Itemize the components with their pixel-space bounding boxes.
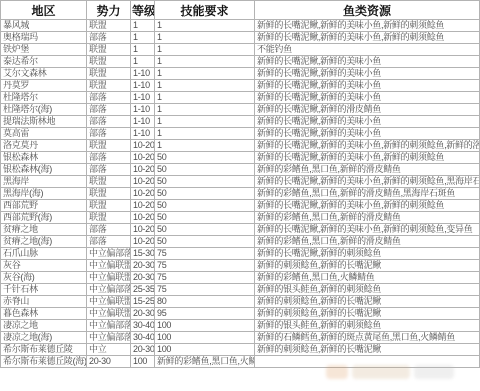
cell-skill: 75 — [155, 284, 255, 296]
cell-level: 10-20 — [131, 224, 155, 236]
cell-region: 灰谷(海) — [1, 272, 87, 284]
cell-fish: 新鲜的长嘴泥鳅,新鲜的美味小鱼,新鲜的刺须鲶鱼 — [255, 20, 480, 32]
cell-fish: 新鲜的长嘴泥鳅,新鲜的美味小鱼,新鲜的刺须鲶鱼 — [255, 200, 480, 212]
cell-fish: 新鲜的长嘴泥鳅,新鲜的美味小鱼 — [255, 68, 480, 80]
cell-faction: 联盟 — [87, 200, 131, 212]
cell-fish: 新鲜的银头鲑鱼,新鲜的刺须鲶鱼 — [255, 284, 480, 296]
cell-region: 希尔斯布莱德丘陵 — [1, 344, 87, 356]
cell-faction: 部落 — [87, 236, 131, 248]
cell-level: 10-20 — [131, 152, 155, 164]
table-row: 黑海岸(海)联盟10-2050新鲜的彩鳍鱼,黑口鱼,新鲜的滑皮鲭鱼,黑海岸石斑鱼 — [1, 188, 480, 200]
cell-level: 30-40 — [131, 320, 155, 332]
table-row: 洛克莫丹联盟10-201新鲜的长嘴泥鳅,新鲜的美味小鱼,新鲜的刺须鲶鱼,新鲜的洛… — [1, 140, 480, 152]
cell-skill: 50 — [155, 224, 255, 236]
cell-level: 25-35 — [131, 284, 155, 296]
cell-skill: 75 — [155, 260, 255, 272]
table-row: 希尔斯布莱德丘陵(海)中立20-30100新鲜的彩鳍鱼,黑口鱼,火鳞鲭鱼 — [1, 356, 480, 368]
cell-fish: 新鲜的刺须鲶鱼,新鲜的长嘴泥鳅 — [255, 260, 480, 272]
cell-fish: 新鲜的刺须鲶鱼,新鲜的长嘴泥鳅 — [255, 296, 480, 308]
cell-faction: 部落 — [87, 104, 131, 116]
table-row: 银松森林(海)部落10-2050新鲜的彩鳍鱼,黑口鱼,新鲜的滑皮鲭鱼 — [1, 164, 480, 176]
cell-region: 莫高雷 — [1, 128, 87, 140]
cell-skill: 75 — [155, 272, 255, 284]
cell-faction: 中立偏联盟 — [87, 272, 131, 284]
cell-skill: 1 — [155, 20, 255, 32]
cell-faction: 部落 — [87, 164, 131, 176]
cell-skill: 1 — [155, 80, 255, 92]
cell-region: 凄凉之地 — [1, 320, 87, 332]
cell-fish: 新鲜的长嘴泥鳅,新鲜的美味小鱼,新鲜的刺须鲶鱼 — [255, 32, 480, 44]
cell-skill: 50 — [155, 176, 255, 188]
cell-fish: 新鲜的彩鳍鱼,黑口鱼,新鲜的滑皮鲭鱼 — [255, 164, 480, 176]
table-row: 丹莫罗联盟1-101新鲜的长嘴泥鳅,新鲜的美味小鱼 — [1, 80, 480, 92]
cell-faction: 部落 — [87, 224, 131, 236]
cell-fish: 新鲜的长嘴泥鳅,新鲜的美味小鱼 — [255, 56, 480, 68]
cell-fish: 新鲜的长嘴泥鳅,新鲜的滑皮鲭鱼 — [255, 104, 480, 116]
cell-faction: 20-30 — [87, 356, 131, 368]
cell-skill: 1 — [155, 44, 255, 56]
table-row: 铁炉堡联盟11不能钓鱼 — [1, 44, 480, 56]
cell-region: 奥格瑞玛 — [1, 32, 87, 44]
table-row: 暴风城联盟11新鲜的长嘴泥鳅,新鲜的美味小鱼,新鲜的刺须鲶鱼 — [1, 20, 480, 32]
cell-region: 杜隆塔尔(海) — [1, 104, 87, 116]
cell-skill: 50 — [155, 236, 255, 248]
cell-faction: 部落 — [87, 128, 131, 140]
cell-level: 1 — [131, 32, 155, 44]
table-row: 莫高雷部落1-101新鲜的长嘴泥鳅,新鲜的美味小鱼 — [1, 128, 480, 140]
cell-skill: 50 — [155, 212, 255, 224]
cell-region: 赤脊山 — [1, 296, 87, 308]
table-row: 泰达希尔联盟11新鲜的长嘴泥鳅,新鲜的美味小鱼 — [1, 56, 480, 68]
table-row: 杜隆塔尔部落1-101新鲜的长嘴泥鳅,新鲜的美味小鱼 — [1, 92, 480, 104]
cell-skill: 50 — [155, 200, 255, 212]
cell-level: 1-10 — [131, 116, 155, 128]
cell-faction: 联盟 — [87, 212, 131, 224]
cell-faction: 中立偏部落 — [87, 320, 131, 332]
cell-region: 希尔斯布莱德丘陵(海)中立 — [1, 356, 87, 368]
cell-level: 10-20 — [131, 140, 155, 152]
table-row: 贫瘠之地部落10-2050新鲜的长嘴泥鳅,新鲜的美味小鱼,新鲜的刺须鲶鱼,变异鱼 — [1, 224, 480, 236]
cell-skill: 50 — [155, 152, 255, 164]
cell-faction: 中立偏部落 — [87, 332, 131, 344]
table-row: 石爪山脉中立偏部落15-3075新鲜的长嘴泥鳅,新鲜的刺须鲶鱼 — [1, 248, 480, 260]
cell-skill: 80 — [155, 296, 255, 308]
cell-faction: 中立 — [87, 344, 131, 356]
cell-level: 30-40 — [131, 332, 155, 344]
fishing-zones-table: 地区 势力 等级 技能要求 鱼类资源 暴风城联盟11新鲜的长嘴泥鳅,新鲜的美味小… — [0, 0, 480, 368]
table-row: 凄凉之地中立偏部落30-40100新鲜的银头鲑鱼,新鲜的刺须鲶鱼 — [1, 320, 480, 332]
cell-level: 20-30 — [131, 308, 155, 320]
cell-region: 贫瘠之地(海) — [1, 236, 87, 248]
cell-skill: 100 — [155, 332, 255, 344]
cell-fish: 不能钓鱼 — [255, 44, 480, 56]
cell-region: 艾尔文森林 — [1, 68, 87, 80]
table-row: 暮色森林中立偏联盟20-3095新鲜的刺须鲶鱼,新鲜的长嘴泥鳅 — [1, 308, 480, 320]
cell-fish: 新鲜的银头鲑鱼,新鲜的刺须鲶鱼 — [255, 320, 480, 332]
cell-fish: 新鲜的刺须鲶鱼,新鲜的长嘴泥鳅 — [255, 344, 480, 356]
cell-fish: 新鲜的长嘴泥鳅,新鲜的美味小鱼 — [255, 92, 480, 104]
cell-region: 暮色森林 — [1, 308, 87, 320]
cell-level: 10-20 — [131, 236, 155, 248]
cell-fish: 新鲜的彩鳍鱼,黑口鱼,火鳞鲭鱼 — [255, 272, 480, 284]
cell-level: 1-10 — [131, 128, 155, 140]
table-row: 千针石林中立偏部落25-3575新鲜的银头鲑鱼,新鲜的刺须鲶鱼 — [1, 284, 480, 296]
cell-faction: 联盟 — [87, 20, 131, 32]
table-row: 灰谷(海)中立偏联盟20-3075新鲜的彩鳍鱼,黑口鱼,火鳞鲭鱼 — [1, 272, 480, 284]
cell-region: 洛克莫丹 — [1, 140, 87, 152]
cell-skill: 75 — [155, 248, 255, 260]
table-row: 银松森林部落10-2050新鲜的长嘴泥鳅,新鲜的美味小鱼,新鲜的刺须鲶鱼 — [1, 152, 480, 164]
table-body: 暴风城联盟11新鲜的长嘴泥鳅,新鲜的美味小鱼,新鲜的刺须鲶鱼奥格瑞玛部落11新鲜… — [1, 20, 480, 368]
cell-level: 10-20 — [131, 188, 155, 200]
cell-faction: 联盟 — [87, 140, 131, 152]
cell-region: 贫瘠之地 — [1, 224, 87, 236]
cell-faction: 中立偏部落 — [87, 248, 131, 260]
table-row: 西部荒野联盟10-2050新鲜的长嘴泥鳅,新鲜的美味小鱼,新鲜的刺须鲶鱼 — [1, 200, 480, 212]
cell-faction: 中立偏联盟 — [87, 296, 131, 308]
cell-level: 1 — [131, 20, 155, 32]
cell-skill: 1 — [155, 32, 255, 44]
cell-skill: 50 — [155, 164, 255, 176]
cell-level: 20-30 — [131, 344, 155, 356]
table-row: 希尔斯布莱德丘陵中立20-30100新鲜的刺须鲶鱼,新鲜的长嘴泥鳅 — [1, 344, 480, 356]
cell-fish: 新鲜的长嘴泥鳅,新鲜的美味小鱼 — [255, 80, 480, 92]
cell-faction: 联盟 — [87, 188, 131, 200]
table-row: 灰谷中立偏联盟20-3075新鲜的刺须鲶鱼,新鲜的长嘴泥鳅 — [1, 260, 480, 272]
cell-fish: 新鲜的长嘴泥鳅,新鲜的刺须鲶鱼 — [255, 248, 480, 260]
cell-skill: 95 — [155, 308, 255, 320]
table-row: 赤脊山中立偏联盟15-2580新鲜的刺须鲶鱼,新鲜的长嘴泥鳅 — [1, 296, 480, 308]
table-row: 西部荒野(海)联盟10-2050新鲜的彩鳍鱼,黑口鱼,新鲜的滑皮鲭鱼 — [1, 212, 480, 224]
table-row: 奥格瑞玛部落11新鲜的长嘴泥鳅,新鲜的美味小鱼,新鲜的刺须鲶鱼 — [1, 32, 480, 44]
cell-region: 暴风城 — [1, 20, 87, 32]
column-header-region: 地区 — [1, 1, 87, 20]
column-header-fish: 鱼类资源 — [255, 1, 480, 20]
cell-region: 杜隆塔尔 — [1, 92, 87, 104]
table-row: 提瑞法斯林地部落1-101新鲜的长嘴泥鳅,新鲜的美味小鱼 — [1, 116, 480, 128]
column-header-faction: 势力 — [87, 1, 131, 20]
cell-level: 20-30 — [131, 272, 155, 284]
cell-level: 1-10 — [131, 80, 155, 92]
cell-level: 20-30 — [131, 260, 155, 272]
cell-fish: 新鲜的长嘴泥鳅,新鲜的美味小鱼,新鲜的刺须鲶鱼,变异鱼 — [255, 224, 480, 236]
cell-faction: 中立偏联盟 — [87, 260, 131, 272]
cell-level: 100 — [131, 356, 155, 368]
cell-level: 15-30 — [131, 248, 155, 260]
cell-region: 银松森林 — [1, 152, 87, 164]
header-row: 地区 势力 等级 技能要求 鱼类资源 — [1, 1, 480, 20]
cell-skill: 新鲜的彩鳍鱼,黑口鱼,火鳞鲭鱼 — [155, 356, 255, 368]
cell-fish — [255, 356, 480, 368]
cell-faction: 部落 — [87, 152, 131, 164]
cell-skill: 1 — [155, 104, 255, 116]
cell-skill: 1 — [155, 140, 255, 152]
cell-fish: 新鲜的长嘴泥鳅,新鲜的美味小鱼,新鲜的刺须鲶鱼,新鲜的洛克湖狂鱼 — [255, 140, 480, 152]
cell-faction: 联盟 — [87, 176, 131, 188]
cell-region: 石爪山脉 — [1, 248, 87, 260]
cell-region: 黑海岸 — [1, 176, 87, 188]
cell-level: 10-20 — [131, 212, 155, 224]
column-header-skill: 技能要求 — [155, 1, 255, 20]
cell-skill: 1 — [155, 116, 255, 128]
cell-fish: 新鲜的石鳞鳕鱼,新鲜的斑点黄尾鱼,黑口鱼,火鳞鲭鱼 — [255, 332, 480, 344]
table-row: 杜隆塔尔(海)部落1-101新鲜的长嘴泥鳅,新鲜的滑皮鲭鱼 — [1, 104, 480, 116]
cell-level: 10-20 — [131, 200, 155, 212]
table-row: 凄凉之地(海)中立偏部落30-40100新鲜的石鳞鳕鱼,新鲜的斑点黄尾鱼,黑口鱼… — [1, 332, 480, 344]
cell-region: 灰谷 — [1, 260, 87, 272]
cell-level: 10-20 — [131, 176, 155, 188]
cell-skill: 50 — [155, 188, 255, 200]
cell-skill: 1 — [155, 92, 255, 104]
cell-fish: 新鲜的彩鳍鱼,黑口鱼,新鲜的滑皮鲭鱼 — [255, 236, 480, 248]
cell-level: 1-10 — [131, 92, 155, 104]
table-header: 地区 势力 等级 技能要求 鱼类资源 — [1, 1, 480, 20]
cell-region: 凄凉之地(海) — [1, 332, 87, 344]
cell-skill: 100 — [155, 320, 255, 332]
cell-level: 1 — [131, 44, 155, 56]
cell-fish: 新鲜的长嘴泥鳅,新鲜的美味小鱼,新鲜的刺须鲶鱼 — [255, 152, 480, 164]
cell-skill: 1 — [155, 56, 255, 68]
cell-fish: 新鲜的长嘴泥鳅,新鲜的美味小鱼 — [255, 116, 480, 128]
cell-fish: 新鲜的彩鳍鱼,黑口鱼,新鲜的滑皮鲭鱼 — [255, 212, 480, 224]
table-row: 艾尔文森林联盟1-101新鲜的长嘴泥鳅,新鲜的美味小鱼 — [1, 68, 480, 80]
cell-region: 千针石林 — [1, 284, 87, 296]
column-header-level: 等级 — [131, 1, 155, 20]
cell-level: 1-10 — [131, 68, 155, 80]
cell-faction: 联盟 — [87, 44, 131, 56]
cell-faction: 中立偏联盟 — [87, 308, 131, 320]
cell-faction: 中立偏部落 — [87, 284, 131, 296]
cell-skill: 100 — [155, 344, 255, 356]
cell-level: 10-20 — [131, 164, 155, 176]
cell-region: 西部荒野(海) — [1, 212, 87, 224]
fishing-zones-table-page: 地区 势力 等级 技能要求 鱼类资源 暴风城联盟11新鲜的长嘴泥鳅,新鲜的美味小… — [0, 0, 480, 391]
cell-level: 1-10 — [131, 104, 155, 116]
cell-faction: 部落 — [87, 32, 131, 44]
cell-region: 西部荒野 — [1, 200, 87, 212]
cell-fish: 新鲜的长嘴泥鳅,新鲜的美味小鱼 — [255, 128, 480, 140]
cell-level: 15-25 — [131, 296, 155, 308]
cell-faction: 部落 — [87, 92, 131, 104]
cell-region: 丹莫罗 — [1, 80, 87, 92]
cell-fish: 新鲜的长嘴泥鳅,新鲜的美味小鱼,新鲜的刺须鲶鱼,黑海岸石斑鱼 — [255, 176, 480, 188]
cell-region: 黑海岸(海) — [1, 188, 87, 200]
cell-faction: 部落 — [87, 116, 131, 128]
cell-region: 铁炉堡 — [1, 44, 87, 56]
cell-fish: 新鲜的彩鳍鱼,黑口鱼,新鲜的滑皮鲭鱼,黑海岸石斑鱼 — [255, 188, 480, 200]
cell-faction: 联盟 — [87, 56, 131, 68]
table-row: 黑海岸联盟10-2050新鲜的长嘴泥鳅,新鲜的美味小鱼,新鲜的刺须鲶鱼,黑海岸石… — [1, 176, 480, 188]
cell-faction: 联盟 — [87, 80, 131, 92]
table-row: 贫瘠之地(海)部落10-2050新鲜的彩鳍鱼,黑口鱼,新鲜的滑皮鲭鱼 — [1, 236, 480, 248]
cell-region: 提瑞法斯林地 — [1, 116, 87, 128]
cell-skill: 1 — [155, 68, 255, 80]
cell-region: 银松森林(海) — [1, 164, 87, 176]
cell-faction: 联盟 — [87, 68, 131, 80]
cell-skill: 1 — [155, 128, 255, 140]
cell-fish: 新鲜的刺须鲶鱼,新鲜的长嘴泥鳅 — [255, 308, 480, 320]
cell-region: 泰达希尔 — [1, 56, 87, 68]
cell-level: 1 — [131, 56, 155, 68]
